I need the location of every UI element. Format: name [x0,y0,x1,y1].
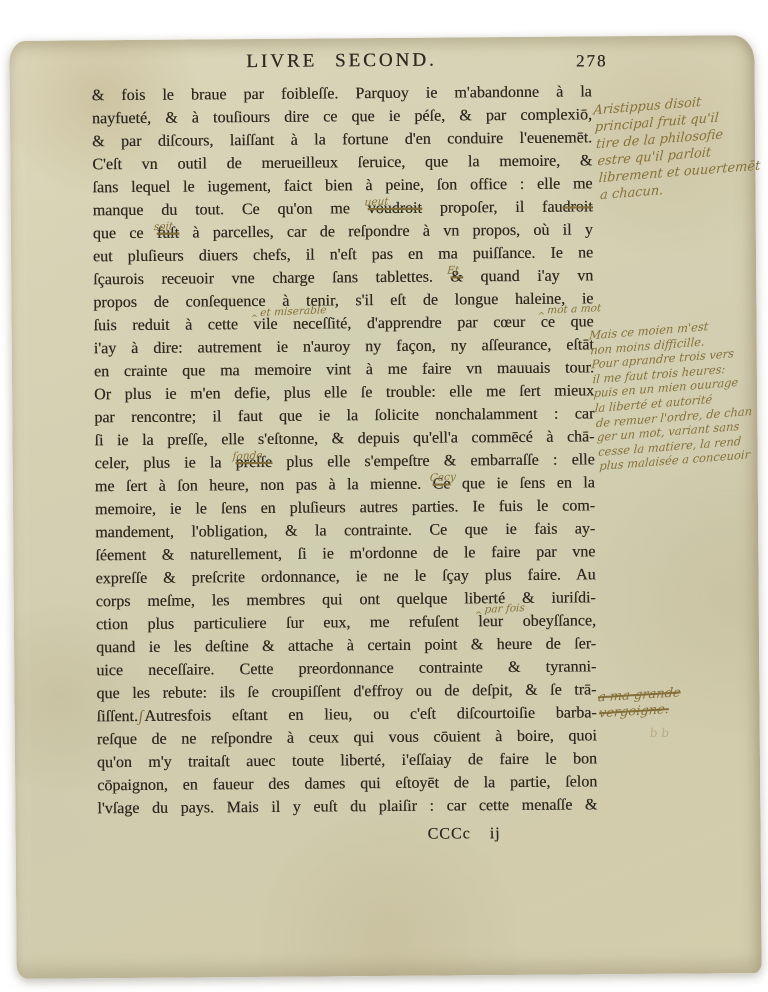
print-text: propoſer, il fau [422,199,563,217]
print-text: que ce [93,225,157,243]
print-text: mandement, l'obligation, & la contrainte… [95,520,595,541]
struck-word: voudroitueut [368,200,422,217]
struck-word: CeCecy [433,475,451,492]
print-text: ſi ie la preſſe, elle s'eſtonne, & depui… [94,428,594,449]
interlinear-annotation: soit [153,221,173,232]
interlinear-annotation: ueut [364,197,389,208]
print-text: neceſſité, d'apprendre par cœur [277,314,540,333]
print-text: celer, plus ie la [95,454,236,472]
print-text: expreſſe & preſcrite ordonnance, ie ne l… [95,566,595,587]
margin-annotations: Aristippus disoitprincipal fruit qu'ilti… [9,35,754,41]
print-text: ſuis reduit à cette [94,316,254,334]
print-text: ction plus particuliere ſur eux, me refu… [96,613,478,633]
print-text: ſans lequel le iugement, faict bien à pe… [92,175,592,196]
page-header: LIVRE SECOND. 278 [91,48,591,80]
print-text: & par diſcours, laiſſant à la fortune d'… [92,129,592,150]
interlinear-annotation: mot a mot [537,303,601,322]
print-text: cōpaignon, en faueur des dames qui eſtoy… [97,773,597,794]
print-text: ce quemot a mot [541,313,594,330]
interlinear-annotation: ſonde [232,450,263,461]
print-text: uice neceſſaire. Cette preordonnance con… [96,658,596,679]
ink-showthrough: b b [650,726,669,740]
print-text: obeyſſance, [503,612,596,630]
print-text: propos de conſequence à tenir, s'il eſt … [93,290,593,311]
print-text: plus elle s'empeſtre & embarraſſe : elle [272,451,595,471]
print-text: quand i'ay vn [463,267,593,285]
print-text: à parcelles, car de reſpondre à vn propo… [179,221,593,241]
struck-word: droit [562,198,592,215]
margin-note-aristippus: Aristippus disoitprincipal fruit qu'ilti… [593,90,762,204]
print-text: i'ay à dire: autrement ie n'auroy ny faç… [94,336,594,357]
print-text: quand ie les deſtine & attache à certain… [96,635,596,656]
scan-backdrop: LIVRE SECOND. 278 & fois le braue par fo… [0,0,768,992]
interlinear-annotation: Et [447,265,460,276]
print-text: & fois le braue par foibleſſe. Parquoy i… [92,83,592,104]
print-text: C'eſt vn outil de merueilleux ſeruice, q… [92,152,592,173]
print-text: eut pluſieurs diuers chefs, il n'eſt pas… [93,244,593,265]
print-text: ſçaurois receuoir vne charge ſans tablet… [93,268,450,288]
print-text: que ie ſens en la [450,474,595,492]
print-text: qu'on m'y traitaſt auec toute liberté, i… [97,750,597,771]
print-text: l'vſage du pays. Mais il y euſt du plaiſ… [97,796,597,817]
struck-word: preſſeſonde [236,454,273,471]
struck-word: fuſtsoit [157,225,179,242]
print-text: Or plus ie m'en defie, plus elle ſe trou… [94,382,594,403]
print-text: que les rebute: ils ſe croupiſſent d'eff… [96,681,596,702]
print-text: vileet miserable [253,316,277,333]
print-text: memoire, ie le ſens en pluſieurs autres … [95,497,595,518]
margin-note-line: b b [649,726,670,740]
print-text: Autresfois eſtant en lieu, ou c'eſt diſc… [144,704,596,725]
running-title: LIVRE SECOND. [91,48,591,74]
print-text: en crainte que ma memoire vint à me fair… [94,359,594,380]
margin-note-mais-ce-moien: Mais ce moien m'estnon moins difficille.… [589,316,756,474]
printed-text-block: & fois le braue par foibleſſe. Parquoy i… [92,80,598,848]
signature-mark: CCCc ij [97,821,597,848]
print-text: ſéement & naturellement, ſi ie m'ordonne… [95,543,595,564]
print-text: nayfueté, & à touſiours dire ce que ie p… [92,106,592,127]
margin-note-a-ma-grande-vergoigne: a ma grandevergoigne. [597,685,682,722]
page-number: 278 [576,51,608,71]
print-text: me ſert à ſon heure, non pas à la mienne… [95,476,433,496]
print-text: manque du tout. Ce qu'on me [93,200,368,219]
book-page: LIVRE SECOND. 278 & fois le braue par fo… [9,35,761,979]
text-line: l'vſage du pays. Mais il y euſt du plaiſ… [97,793,597,820]
print-text: ſiſſent. [97,708,138,725]
print-text: par rencontre; il faut que ie la ſolicit… [94,405,594,426]
print-text: leurpar fois [478,613,503,630]
struck-word: &Et [450,268,463,285]
text-lines: & fois le braue par foibleſſe. Parquoy i… [92,80,598,820]
print-text: reſque de ne reſpondre à ceux qui vous c… [97,727,597,748]
